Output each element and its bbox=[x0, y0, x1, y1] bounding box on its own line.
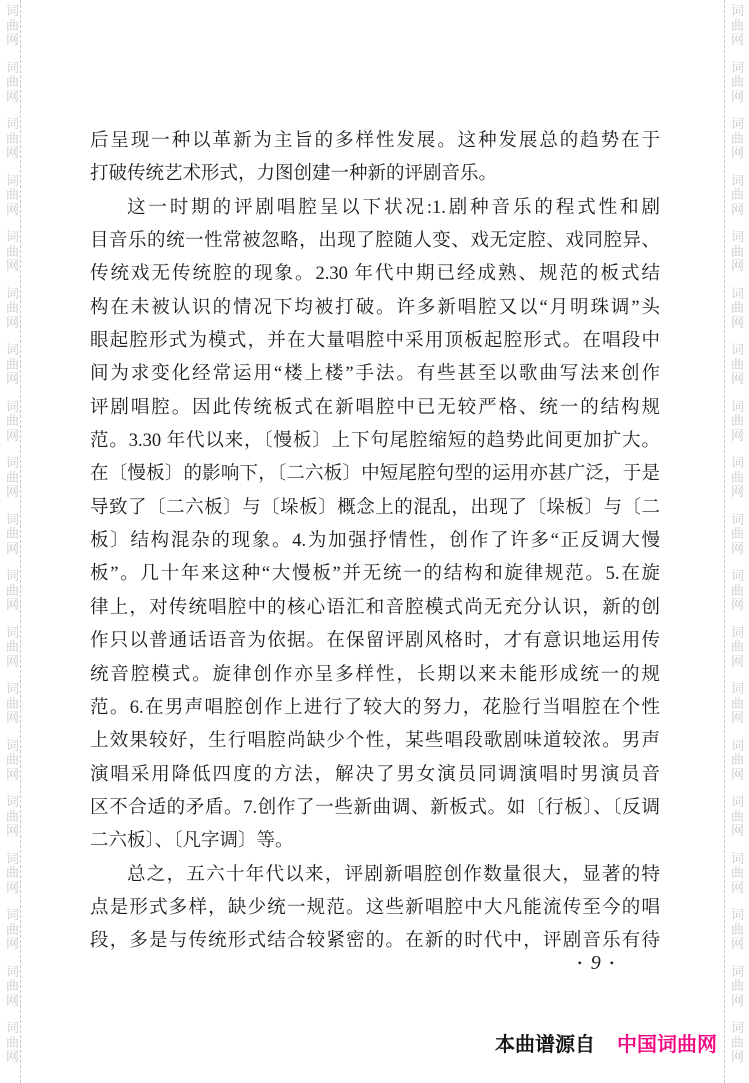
watermark-char: 网 bbox=[5, 598, 20, 613]
watermark-char: 曲 bbox=[730, 301, 745, 316]
text-line: 板”。几十年来这种“大慢板”并无统一的结构和旋律规范。5.在旋 bbox=[90, 558, 660, 591]
left-dashed-divider bbox=[20, 0, 21, 1083]
watermark-char: 词 bbox=[730, 682, 745, 697]
watermark-char: 网 bbox=[730, 485, 745, 500]
watermark-char: 曲 bbox=[5, 471, 20, 486]
watermark-char: 网 bbox=[5, 90, 20, 105]
watermark-char: 网 bbox=[730, 146, 745, 161]
watermark-group: 词曲网 bbox=[5, 343, 20, 387]
text-line: 这一时期的评剧唱腔呈以下状况:1.剧种音乐的程式性和剧 bbox=[90, 192, 660, 225]
watermark-char: 网 bbox=[730, 881, 745, 896]
watermark-char: 词 bbox=[5, 626, 20, 641]
watermark-group: 词曲网 bbox=[5, 400, 20, 444]
watermark-char: 网 bbox=[730, 316, 745, 331]
watermark-char: 曲 bbox=[5, 414, 20, 429]
watermark-char: 网 bbox=[730, 259, 745, 274]
watermark-char: 网 bbox=[730, 372, 745, 387]
page-number-left-dot: • bbox=[578, 957, 582, 969]
watermark-char: 网 bbox=[5, 937, 20, 952]
watermark-char: 网 bbox=[5, 33, 20, 48]
watermark-char: 词 bbox=[5, 513, 20, 528]
text-line: 点是形式多样，缺少统一规范。这些新唱腔中大凡能流传至今的唱 bbox=[90, 892, 660, 925]
watermark-char: 网 bbox=[730, 1050, 745, 1065]
watermark-char: 曲 bbox=[5, 866, 20, 881]
watermark-char: 曲 bbox=[730, 188, 745, 203]
watermark-group: 词曲网 bbox=[730, 626, 745, 670]
text-line: 间为求变化经常运用“楼上楼”手法。有些甚至以歌曲写法来创作 bbox=[90, 358, 660, 391]
watermark-char: 曲 bbox=[5, 697, 20, 712]
watermark-char: 词 bbox=[730, 1021, 745, 1036]
watermark-char: 网 bbox=[5, 429, 20, 444]
watermark-group: 词曲网 bbox=[730, 400, 745, 444]
footer-attribution: 本曲谱源自 中国词曲网 bbox=[495, 1028, 717, 1057]
watermark-char: 曲 bbox=[730, 471, 745, 486]
watermark-char: 词 bbox=[5, 965, 20, 980]
watermark-group: 词曲网 bbox=[730, 682, 745, 726]
watermark-char: 词 bbox=[5, 174, 20, 189]
watermark-group: 词曲网 bbox=[5, 965, 20, 1009]
watermark-char: 曲 bbox=[5, 527, 20, 542]
watermark-char: 曲 bbox=[5, 245, 20, 260]
watermark-group: 词曲网 bbox=[730, 4, 745, 48]
watermark-char: 词 bbox=[5, 795, 20, 810]
watermark-char: 曲 bbox=[730, 75, 745, 90]
text-line: 作只以普通话语音为依据。在保留评剧风格时，才有意识地运用传 bbox=[90, 625, 660, 658]
watermark-char: 网 bbox=[5, 542, 20, 557]
watermark-char: 曲 bbox=[730, 697, 745, 712]
watermark-char: 词 bbox=[5, 1021, 20, 1036]
watermark-char: 曲 bbox=[5, 301, 20, 316]
watermark-char: 曲 bbox=[730, 640, 745, 655]
watermark-group: 词曲网 bbox=[5, 230, 20, 274]
watermark-char: 曲 bbox=[730, 584, 745, 599]
watermark-char: 网 bbox=[730, 937, 745, 952]
watermark-char: 网 bbox=[730, 429, 745, 444]
watermark-char: 网 bbox=[5, 316, 20, 331]
scanned-book-page: 词曲网词曲网词曲网词曲网词曲网词曲网词曲网词曲网词曲网词曲网词曲网词曲网词曲网词… bbox=[0, 0, 749, 1083]
text-line: 上效果较好，生行唱腔尚缺少个性，某些唱段歌剧味道较浓。男声 bbox=[90, 725, 660, 758]
watermark-char: 词 bbox=[730, 908, 745, 923]
watermark-char: 词 bbox=[730, 174, 745, 189]
watermark-char: 网 bbox=[730, 598, 745, 613]
watermark-char: 词 bbox=[5, 230, 20, 245]
watermark-char: 曲 bbox=[730, 245, 745, 260]
watermark-char: 网 bbox=[730, 203, 745, 218]
text-line: 传统戏无传统腔的现象。2.30 年代中期已经成熟、规范的板式结 bbox=[90, 258, 660, 291]
watermark-char: 曲 bbox=[5, 979, 20, 994]
watermark-char: 曲 bbox=[730, 414, 745, 429]
watermark-char: 网 bbox=[5, 824, 20, 839]
watermark-char: 网 bbox=[730, 655, 745, 670]
text-line: 律上，对传统唱腔中的核心语汇和音腔模式尚无充分认识，新的创 bbox=[90, 592, 660, 625]
watermark-group: 词曲网 bbox=[730, 287, 745, 331]
watermark-char: 词 bbox=[730, 739, 745, 754]
watermark-char: 词 bbox=[730, 287, 745, 302]
watermark-char: 词 bbox=[730, 230, 745, 245]
watermark-char: 词 bbox=[730, 965, 745, 980]
watermark-group: 词曲网 bbox=[5, 117, 20, 161]
watermark-group: 词曲网 bbox=[730, 230, 745, 274]
watermark-char: 曲 bbox=[5, 640, 20, 655]
watermark-char: 词 bbox=[730, 117, 745, 132]
watermark-group: 词曲网 bbox=[730, 343, 745, 387]
text-line: 在〔慢板〕的影响下，〔二六板〕中短尾腔句型的运用亦甚广泛，于是 bbox=[90, 458, 660, 491]
watermark-char: 词 bbox=[5, 4, 20, 19]
watermark-char: 曲 bbox=[730, 527, 745, 542]
watermark-group: 词曲网 bbox=[730, 513, 745, 557]
watermark-group: 词曲网 bbox=[5, 456, 20, 500]
watermark-group: 词曲网 bbox=[5, 4, 20, 48]
text-line: 演唱采用降低四度的方法，解决了男女演员同调演唱时男演员音 bbox=[90, 759, 660, 792]
watermark-column-right: 词曲网词曲网词曲网词曲网词曲网词曲网词曲网词曲网词曲网词曲网词曲网词曲网词曲网词… bbox=[730, 4, 745, 1065]
text-line: 导致了〔二六板〕与〔垛板〕概念上的混乱，出现了〔垛板〕与〔二六 bbox=[90, 492, 660, 525]
watermark-group: 词曲网 bbox=[730, 908, 745, 952]
watermark-char: 曲 bbox=[5, 584, 20, 599]
watermark-char: 网 bbox=[5, 203, 20, 218]
watermark-char: 词 bbox=[5, 908, 20, 923]
text-line: 总之，五六十年代以来，评剧新唱腔创作数量很大，显著的特 bbox=[90, 859, 660, 892]
watermark-char: 曲 bbox=[5, 810, 20, 825]
watermark-char: 曲 bbox=[730, 810, 745, 825]
watermark-char: 网 bbox=[5, 485, 20, 500]
watermark-column-left: 词曲网词曲网词曲网词曲网词曲网词曲网词曲网词曲网词曲网词曲网词曲网词曲网词曲网词… bbox=[5, 4, 20, 1065]
watermark-char: 词 bbox=[730, 795, 745, 810]
watermark-group: 词曲网 bbox=[5, 852, 20, 896]
watermark-group: 词曲网 bbox=[730, 174, 745, 218]
right-dashed-divider bbox=[724, 0, 725, 1083]
text-line: 统音腔模式。旋律创作亦呈多样性，长期以来未能形成统一的规 bbox=[90, 659, 660, 692]
watermark-group: 词曲网 bbox=[5, 908, 20, 952]
watermark-char: 词 bbox=[730, 513, 745, 528]
watermark-char: 词 bbox=[730, 61, 745, 76]
watermark-char: 曲 bbox=[5, 358, 20, 373]
watermark-char: 曲 bbox=[5, 923, 20, 938]
watermark-char: 词 bbox=[5, 287, 20, 302]
watermark-char: 曲 bbox=[5, 75, 20, 90]
watermark-char: 网 bbox=[730, 711, 745, 726]
watermark-group: 词曲网 bbox=[730, 117, 745, 161]
watermark-char: 曲 bbox=[5, 753, 20, 768]
footer-source-label: 本曲谱源自 bbox=[495, 1028, 595, 1057]
watermark-char: 网 bbox=[5, 1050, 20, 1065]
watermark-char: 网 bbox=[730, 90, 745, 105]
watermark-char: 曲 bbox=[5, 188, 20, 203]
page-number: • 9 • bbox=[90, 950, 660, 976]
watermark-char: 词 bbox=[5, 400, 20, 415]
watermark-group: 词曲网 bbox=[5, 795, 20, 839]
watermark-group: 词曲网 bbox=[5, 682, 20, 726]
watermark-char: 曲 bbox=[730, 979, 745, 994]
watermark-char: 曲 bbox=[730, 358, 745, 373]
watermark-char: 词 bbox=[5, 117, 20, 132]
text-line: 范。3.30 年代以来，〔慢板〕上下句尾腔缩短的趋势此间更加扩大。 bbox=[90, 425, 660, 458]
text-line: 目音乐的统一性常被忽略，出现了腔随人变、戏无定腔、戏同腔异、 bbox=[90, 225, 660, 258]
text-line: 构在未被认识的情况下均被打破。许多新唱腔又以“月明珠调”头 bbox=[90, 292, 660, 325]
watermark-char: 词 bbox=[5, 569, 20, 584]
watermark-char: 词 bbox=[730, 456, 745, 471]
watermark-group: 词曲网 bbox=[5, 1021, 20, 1065]
watermark-char: 曲 bbox=[730, 923, 745, 938]
watermark-char: 网 bbox=[5, 881, 20, 896]
page-number-right-dot: • bbox=[610, 957, 614, 969]
watermark-char: 曲 bbox=[730, 132, 745, 147]
watermark-char: 网 bbox=[5, 768, 20, 783]
watermark-char: 词 bbox=[730, 626, 745, 641]
body-text: 后呈现一种以革新为主旨的多样性发展。这种发展总的趋势在于打破传统艺术形式，力图创… bbox=[90, 125, 660, 959]
watermark-group: 词曲网 bbox=[5, 61, 20, 105]
watermark-group: 词曲网 bbox=[730, 739, 745, 783]
watermark-group: 词曲网 bbox=[5, 739, 20, 783]
watermark-char: 曲 bbox=[730, 753, 745, 768]
text-line: 范。6.在男声唱腔创作上进行了较大的努力，花脸行当唱腔在个性 bbox=[90, 692, 660, 725]
text-line: 后呈现一种以革新为主旨的多样性发展。这种发展总的趋势在于 bbox=[90, 125, 660, 158]
watermark-char: 曲 bbox=[5, 19, 20, 34]
watermark-char: 网 bbox=[730, 994, 745, 1009]
watermark-char: 词 bbox=[5, 343, 20, 358]
text-line: 打破传统艺术形式，力图创建一种新的评剧音乐。 bbox=[90, 158, 660, 191]
watermark-char: 网 bbox=[5, 146, 20, 161]
watermark-group: 词曲网 bbox=[730, 569, 745, 613]
watermark-char: 网 bbox=[5, 372, 20, 387]
text-line: 板〕结构混杂的现象。4.为加强抒情性，创作了许多“正反调大慢 bbox=[90, 525, 660, 558]
watermark-char: 词 bbox=[730, 400, 745, 415]
watermark-group: 词曲网 bbox=[730, 1021, 745, 1065]
footer-site-name: 中国词曲网 bbox=[617, 1028, 717, 1057]
watermark-group: 词曲网 bbox=[5, 287, 20, 331]
watermark-char: 曲 bbox=[5, 1036, 20, 1051]
watermark-char: 网 bbox=[730, 33, 745, 48]
watermark-char: 曲 bbox=[730, 1036, 745, 1051]
watermark-char: 词 bbox=[5, 61, 20, 76]
page-number-value: 9 bbox=[591, 952, 601, 975]
watermark-char: 网 bbox=[5, 259, 20, 274]
watermark-char: 词 bbox=[5, 739, 20, 754]
watermark-char: 词 bbox=[730, 343, 745, 358]
watermark-group: 词曲网 bbox=[5, 569, 20, 613]
watermark-group: 词曲网 bbox=[730, 795, 745, 839]
text-line: 评剧唱腔。因此传统板式在新唱腔中已无较严格、统一的结构规 bbox=[90, 392, 660, 425]
watermark-char: 网 bbox=[730, 542, 745, 557]
watermark-char: 词 bbox=[5, 456, 20, 471]
text-line: 眼起腔形式为模式，并在大量唱腔中采用顶板起腔形式。在唱段中 bbox=[90, 325, 660, 358]
watermark-char: 网 bbox=[730, 824, 745, 839]
watermark-char: 曲 bbox=[730, 866, 745, 881]
text-line: 区不合适的矛盾。7.创作了一些新曲调、新板式。如〔行板〕、〔反调 bbox=[90, 792, 660, 825]
watermark-char: 词 bbox=[5, 682, 20, 697]
watermark-char: 网 bbox=[730, 768, 745, 783]
watermark-char: 词 bbox=[730, 569, 745, 584]
watermark-group: 词曲网 bbox=[730, 456, 745, 500]
watermark-char: 曲 bbox=[730, 19, 745, 34]
watermark-char: 词 bbox=[5, 852, 20, 867]
watermark-char: 词 bbox=[730, 4, 745, 19]
watermark-char: 词 bbox=[730, 852, 745, 867]
watermark-group: 词曲网 bbox=[730, 965, 745, 1009]
watermark-char: 网 bbox=[5, 994, 20, 1009]
watermark-char: 网 bbox=[5, 655, 20, 670]
watermark-group: 词曲网 bbox=[5, 626, 20, 670]
watermark-group: 词曲网 bbox=[5, 174, 20, 218]
watermark-group: 词曲网 bbox=[730, 852, 745, 896]
watermark-char: 曲 bbox=[5, 132, 20, 147]
watermark-char: 网 bbox=[5, 711, 20, 726]
watermark-group: 词曲网 bbox=[5, 513, 20, 557]
watermark-group: 词曲网 bbox=[730, 61, 745, 105]
text-line: 二六板〕、〔凡字调〕等。 bbox=[90, 825, 660, 858]
